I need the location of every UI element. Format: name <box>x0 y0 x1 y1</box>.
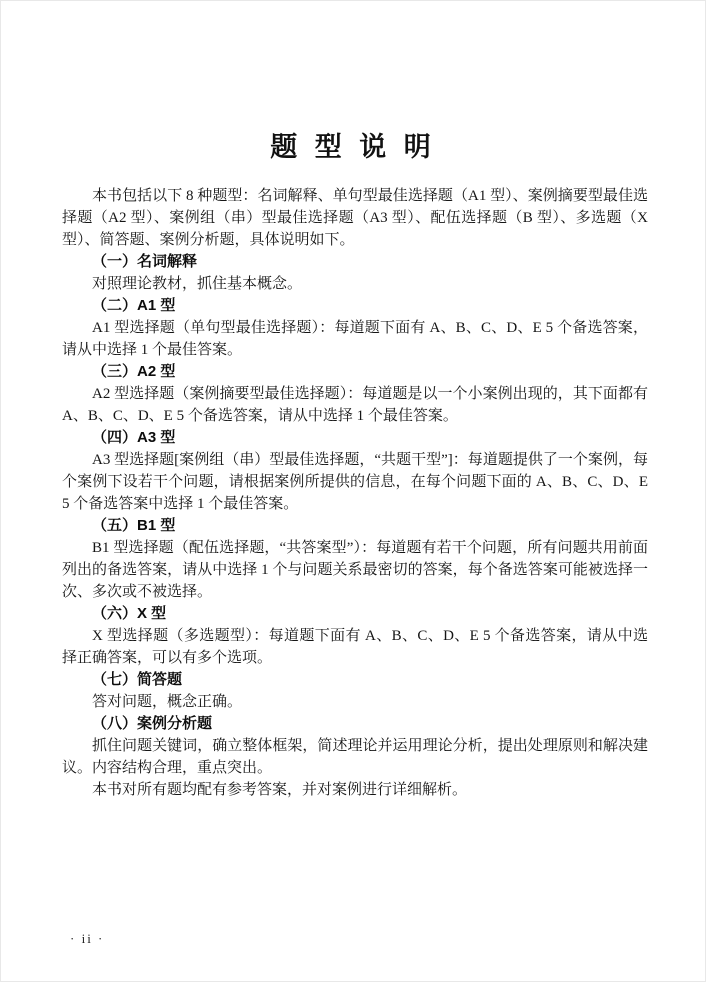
section-heading-6: （六）X 型 <box>62 603 648 625</box>
section-body-3: A2 型选择题（案例摘要型最佳选择题）：每道题是以一个小案例出现的，其下面都有 … <box>62 383 648 427</box>
intro-paragraph: 本书包括以下 8 种题型：名词解释、单句型最佳选择题（A1 型）、案例摘要型最佳… <box>62 185 648 251</box>
section-body-4: A3 型选择题[案例组（串）型最佳选择题，“共题干型”]：每道题提供了一个案例，… <box>62 449 648 515</box>
section-heading-1: （一）名词解释 <box>62 251 648 273</box>
section-body-7: 答对问题，概念正确。 <box>62 691 648 713</box>
section-body-6: X 型选择题（多选题型）：每道题下面有 A、B、C、D、E 5 个备选答案，请从… <box>62 625 648 669</box>
page-number: · ii · <box>70 930 104 948</box>
section-body-8: 抓住问题关键词，确立整体框架，简述理论并运用理论分析，提出处理原则和解决建议。内… <box>62 735 648 779</box>
page-content: 本书包括以下 8 种题型：名词解释、单句型最佳选择题（A1 型）、案例摘要型最佳… <box>62 185 648 801</box>
section-heading-7: （七）简答题 <box>62 669 648 691</box>
page-title: 题 型 说 明 <box>1 125 705 164</box>
document-page: 题 型 说 明 本书包括以下 8 种题型：名词解释、单句型最佳选择题（A1 型）… <box>0 0 706 982</box>
section-heading-4: （四）A3 型 <box>62 427 648 449</box>
section-heading-8: （八）案例分析题 <box>62 713 648 735</box>
section-heading-3: （三）A2 型 <box>62 361 648 383</box>
section-body-2: A1 型选择题（单句型最佳选择题）：每道题下面有 A、B、C、D、E 5 个备选… <box>62 317 648 361</box>
section-body-1: 对照理论教材，抓住基本概念。 <box>62 273 648 295</box>
section-body-5: B1 型选择题（配伍选择题，“共答案型”）：每道题有若干个问题，所有问题共用前面… <box>62 537 648 603</box>
section-heading-2: （二）A1 型 <box>62 295 648 317</box>
closing-paragraph: 本书对所有题均配有参考答案，并对案例进行详细解析。 <box>62 779 648 801</box>
section-heading-5: （五）B1 型 <box>62 515 648 537</box>
